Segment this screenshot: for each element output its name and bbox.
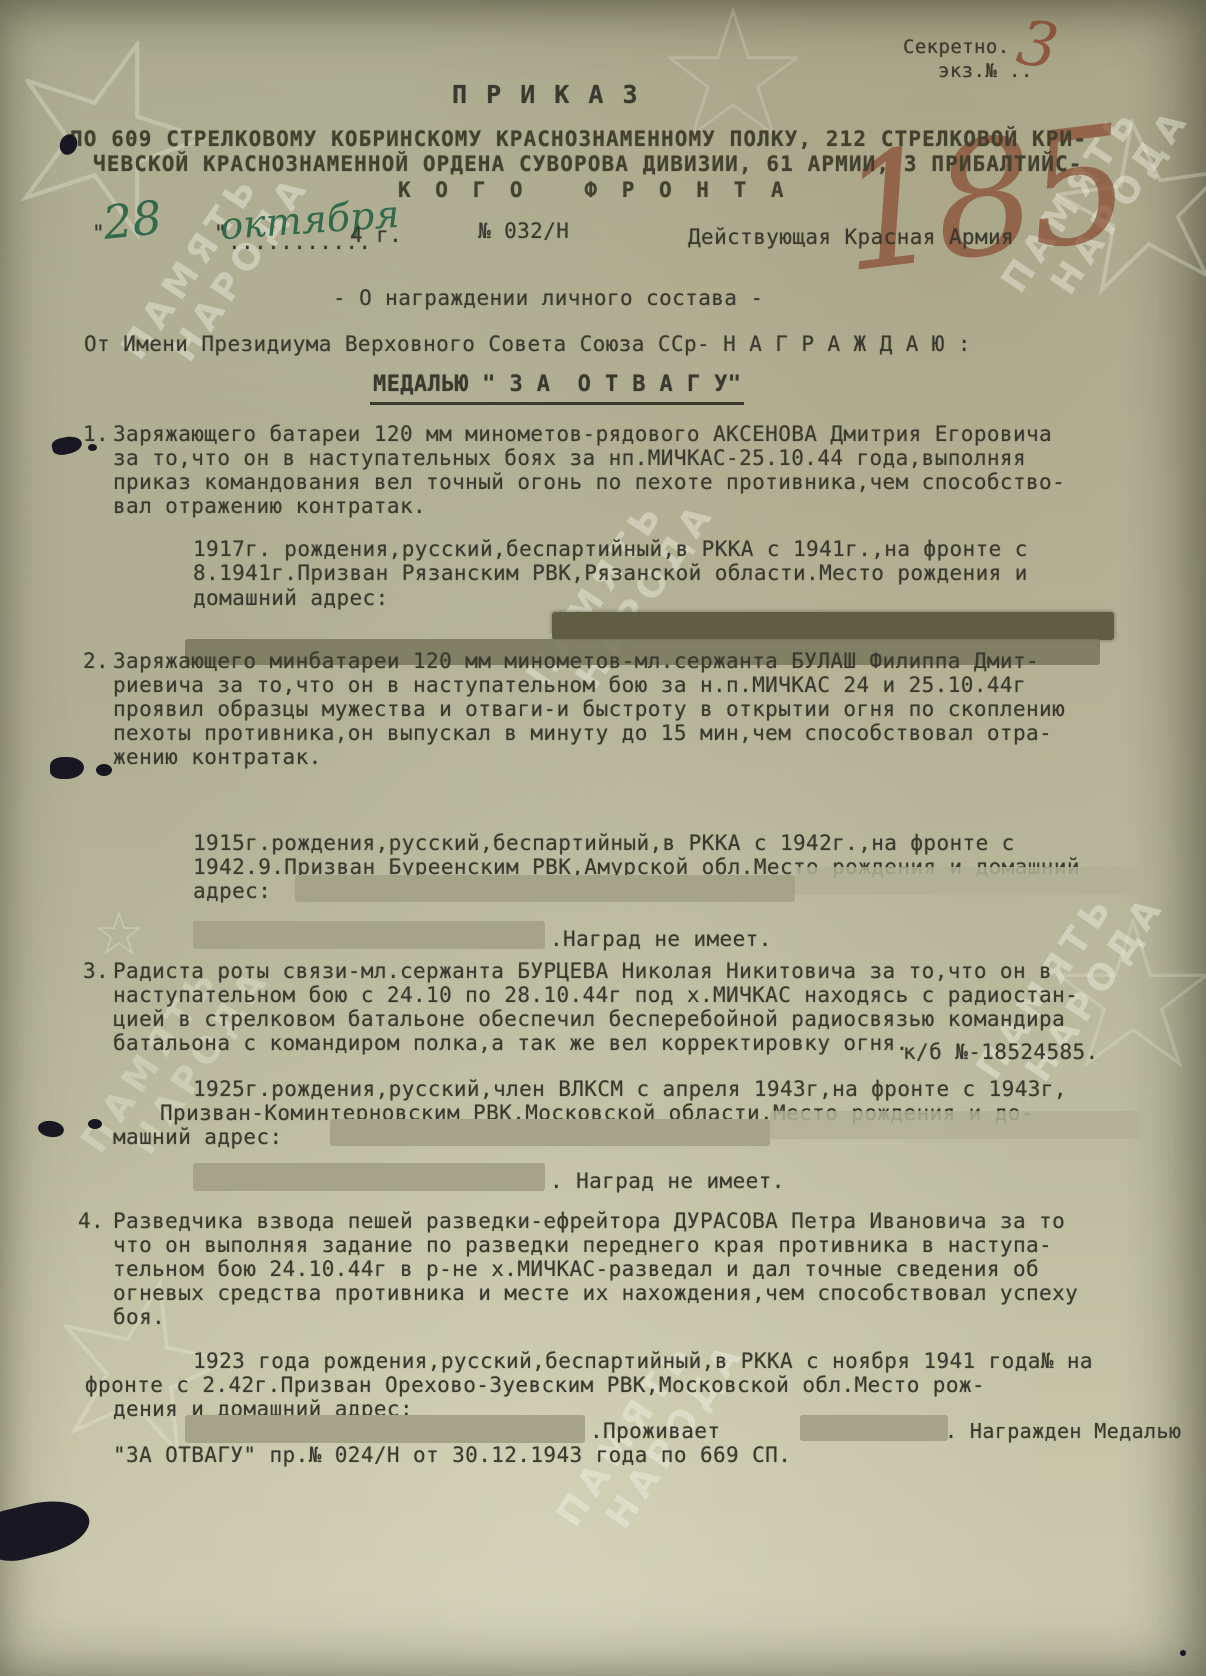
medal-heading: МЕДАЛЬЮ " З А О Т В А Г У" [370, 372, 744, 405]
item-3-no-awards-note: . Наград не имеет. [550, 1169, 785, 1193]
redaction-bar [185, 1415, 585, 1443]
ink-blot [51, 434, 84, 457]
star-watermark-icon [668, 8, 798, 138]
text-line: 1925г.рождения,русский,член ВЛКСМ с апре… [193, 1077, 1067, 1101]
typed-year: 4 г. [350, 223, 402, 247]
text-line: за то,что он в наступательных боях за нп… [113, 446, 1065, 470]
ink-blot [50, 757, 84, 779]
order-subject: - О награждении личного состава - [333, 286, 763, 310]
ink-blot [88, 1119, 102, 1129]
handwritten-day: 28 [100, 190, 164, 250]
item-4-prior-award-line: "ЗА ОТВАГУ" пр.№ 024/Н от 30.12.1943 год… [113, 1443, 791, 1467]
unit-line-3: К О Г О Ф Р О Н Т А [398, 178, 790, 202]
item-1-bio: 1917г. рождения,русский,беспартийный,в Р… [193, 537, 1028, 585]
text-line: цией в стрелковом батальоне обеспечил бе… [113, 1007, 1078, 1031]
text-line: огневых средства противника и месте их н… [113, 1281, 1078, 1305]
text-line: 1923 года рождения,русский,беспартийный,… [193, 1349, 1093, 1373]
item-4-resides-label: .Проживает [590, 1419, 720, 1443]
text-line: жению контратак. [113, 745, 1065, 769]
item-4-number: 4. [78, 1209, 104, 1233]
redaction-bar [795, 867, 1140, 895]
unit-line-2: ЧЕВСКОЙ КРАСНОЗНАМЕННОЙ ОРДЕНА СУВОРОВА … [93, 152, 1083, 176]
scanned-order-document: ПАМЯТЬНАРОДА ПАМЯТЬНАРОДА ПАМЯТЬНАРОДА П… [0, 0, 1206, 1676]
text-line: фронте с 2.42г.Призван Орехово-Зуевским … [85, 1373, 1093, 1397]
text-line: что он выполняя задание по разведки пере… [113, 1233, 1078, 1257]
item-4-prior-award-label: . Награжден Медалью [945, 1419, 1181, 1443]
item-4-citation: Разведчика взвода пешей разведки-ефрейто… [113, 1209, 1078, 1329]
text-line: Радиста роты связи-мл.сержанта БУРЦЕВА Н… [113, 959, 1078, 983]
ink-blot [96, 764, 112, 776]
redaction-bar [552, 612, 1114, 640]
text-line: Заряжающего батареи 120 мм минометов-ряд… [113, 422, 1065, 446]
item-2-no-awards-note: .Наград не имеет. [550, 927, 772, 951]
text-line: Разведчика взвода пешей разведки-ефрейто… [113, 1209, 1078, 1233]
redaction-bar [770, 1111, 1140, 1139]
award-preamble: От Имени Президиума Верховного Совета Со… [84, 332, 971, 356]
handwritten-copy-number: 3 [1012, 5, 1064, 84]
redaction-bar [193, 921, 545, 949]
handwritten-page-number: 185 [830, 91, 1134, 308]
item-2-number: 2. [83, 649, 109, 673]
redaction-bar [295, 875, 795, 902]
item-2-citation: Заряжающего минбатареи 120 мм минометов-… [113, 649, 1065, 769]
text-line: тельном бою 24.10.44г в р-не х.МИЧКАС-ра… [113, 1257, 1078, 1281]
item-3-address-label: машний адрес: [113, 1125, 283, 1149]
army-in-field-note: Действующая Красная Армия [688, 225, 1014, 249]
text-line: боя. [113, 1305, 1078, 1329]
text-line: Заряжающего минбатареи 120 мм минометов-… [113, 649, 1065, 673]
item-1-address-label: домашний адрес: [193, 586, 389, 610]
ink-blot [1180, 1650, 1186, 1656]
item-4-bio: 1923 года рождения,русский,беспартийный,… [193, 1349, 1093, 1397]
item-1-number: 1. [83, 422, 109, 446]
text-line: наступательном бою с 24.10 по 28.10.44г … [113, 983, 1078, 1007]
ink-blot [37, 1119, 65, 1138]
redaction-bar [800, 1415, 948, 1441]
redaction-bar [330, 1119, 770, 1146]
ink-blot [0, 1491, 95, 1567]
text-line: 8.1941г.Призван Рязанским РВК,Рязанской … [193, 561, 1028, 585]
item-3-number: 3. [83, 959, 109, 983]
item-2-address-label: адрес: [193, 879, 271, 903]
text-line: 1917г. рождения,русский,беспартийный,в Р… [193, 537, 1028, 561]
text-line: 1915г.рождения,русский,беспартийный,в РК… [193, 831, 1080, 855]
text-line: риевича за то,что он в наступательном бо… [113, 673, 1065, 697]
order-number: № 032/Н [478, 219, 569, 243]
star-watermark-icon [98, 912, 140, 954]
order-title: П Р И К А З [452, 80, 640, 109]
text-line: пехоты противника,он выпускал в минуту д… [113, 721, 1065, 745]
item-1-citation: Заряжающего батареи 120 мм минометов-ряд… [113, 422, 1065, 518]
text-line: проявил образцы мужества и отваги-и быст… [113, 697, 1065, 721]
text-line: приказ командования вел точный огонь по … [113, 470, 1065, 494]
text-line: вал отражению контратак. [113, 494, 1065, 518]
item-3-service-book-number: к/б №-18524585. [903, 1040, 1099, 1064]
ink-blot [88, 444, 97, 451]
redaction-bar [193, 1163, 545, 1191]
unit-line-1: ПО 609 СТРЕЛКОВОМУ КОБРИНСКОМУ КРАСНОЗНА… [70, 127, 1087, 151]
secret-classification-label: Секретно. [903, 36, 1010, 58]
